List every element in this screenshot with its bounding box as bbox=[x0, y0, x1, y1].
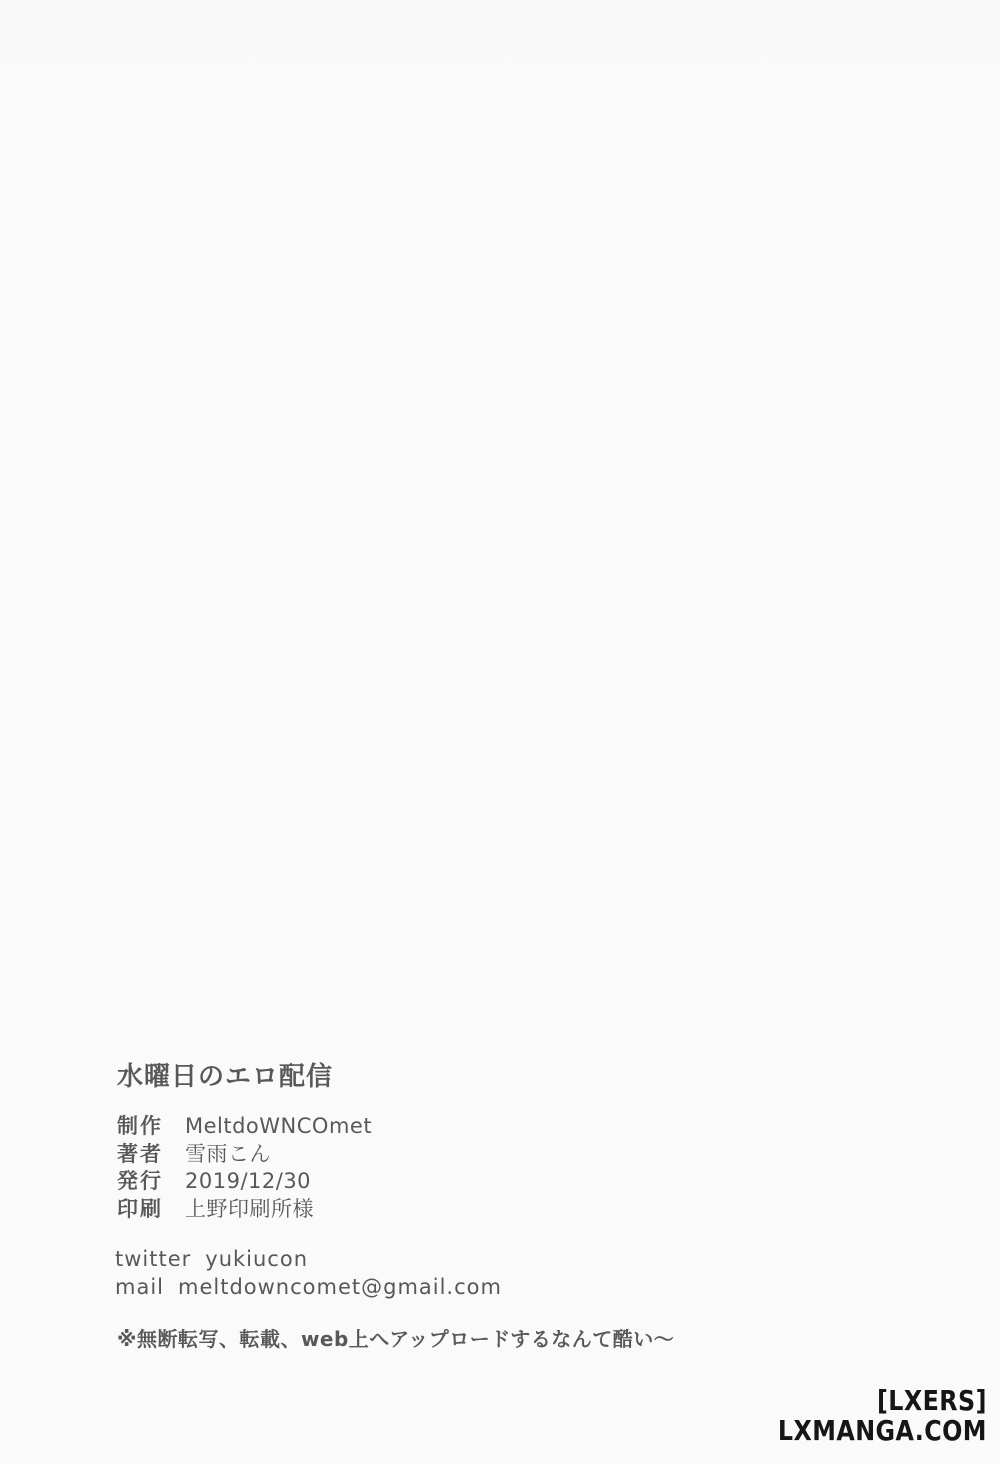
doujin-title: 水曜日のエロ配信 bbox=[117, 1056, 333, 1093]
credit-row-printer: 印刷 上野印刷所様 bbox=[117, 1193, 372, 1221]
contact-label: mail bbox=[115, 1275, 164, 1299]
credits-list: 制作 MeltdoWNCOmet 著者 雪雨こん 発行 2019/12/30 印… bbox=[117, 1110, 372, 1220]
credit-value: 雪雨こん bbox=[185, 1138, 271, 1168]
watermark: [LXERS] LXMANGA.COM bbox=[778, 1386, 987, 1446]
credit-value: MeltdoWNCOmet bbox=[185, 1114, 372, 1138]
credit-label: 著者 bbox=[117, 1138, 164, 1168]
credit-value: 上野印刷所様 bbox=[185, 1193, 314, 1223]
contact-value: yukiucon bbox=[205, 1247, 308, 1271]
contact-label: twitter bbox=[115, 1247, 191, 1271]
contact-row-mail: mail meltdowncomet@gmail.com bbox=[115, 1275, 502, 1303]
watermark-site-name: LXMANGA.COM bbox=[778, 1416, 987, 1446]
contact-value: meltdowncomet@gmail.com bbox=[178, 1275, 502, 1299]
credit-label: 制作 bbox=[117, 1110, 164, 1140]
watermark-group-tag: [LXERS] bbox=[778, 1386, 987, 1416]
credit-label: 印刷 bbox=[117, 1193, 164, 1223]
credit-row-author: 著者 雪雨こん bbox=[117, 1138, 372, 1166]
credit-label: 発行 bbox=[117, 1165, 164, 1195]
credit-row-published: 発行 2019/12/30 bbox=[117, 1165, 372, 1193]
contact-row-twitter: twitter yukiucon bbox=[115, 1247, 502, 1275]
contact-list: twitter yukiucon mail meltdowncomet@gmai… bbox=[115, 1247, 502, 1302]
disclaimer-note: ※無断転写、転載、web上へアップロードするなんて酷い～ bbox=[117, 1323, 674, 1352]
credit-row-production: 制作 MeltdoWNCOmet bbox=[117, 1110, 372, 1138]
colophon-page: 水曜日のエロ配信 制作 MeltdoWNCOmet 著者 雪雨こん 発行 201… bbox=[0, 0, 1000, 1464]
credit-value: 2019/12/30 bbox=[185, 1169, 311, 1193]
